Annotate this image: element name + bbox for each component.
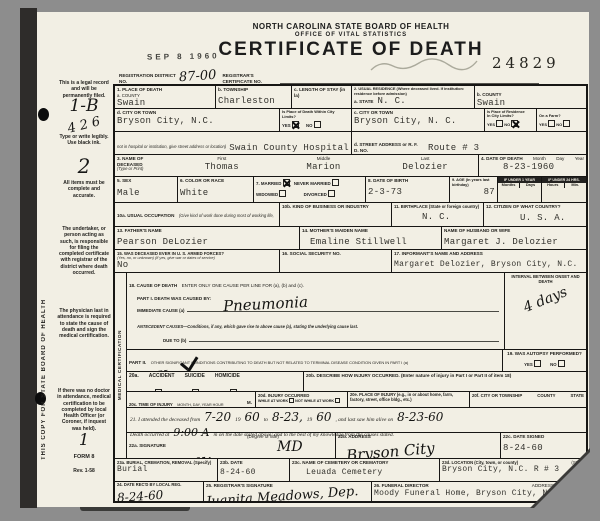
death-certificate-scan: This is a legal record and will be perma… bbox=[37, 12, 589, 507]
field-injury-city-state: 20f. CITY OR TOWNSHIP COUNTY STATE bbox=[469, 392, 586, 407]
residence-limits-yes-checkbox bbox=[496, 120, 503, 127]
part2-value: 493X bbox=[130, 368, 168, 371]
field-signature: 22a. SIGNATURE (Degree or title) R E Nod… bbox=[127, 433, 335, 458]
middle-name-value: Marion bbox=[273, 162, 375, 172]
homicide-checkbox bbox=[230, 389, 237, 391]
residence-state-value: N. C. bbox=[377, 96, 406, 106]
registrar-certificate-label: REGISTRAR'S CERTIFICATE NO. bbox=[222, 73, 280, 84]
death-city-limits-no-checkbox bbox=[314, 121, 321, 128]
funeral-director-label: 26. FUNERAL DIRECTOR bbox=[374, 483, 429, 489]
checkmark-icon bbox=[179, 355, 199, 371]
time-meridiem-label: M. bbox=[247, 400, 252, 406]
date-signed-label: 22c. DATE SIGNED bbox=[503, 434, 584, 440]
field-death-township: b. TOWNSHIP Charleston bbox=[215, 86, 291, 108]
yes-label: YES bbox=[524, 362, 533, 367]
field-race: 6. COLOR OR RACE White bbox=[177, 177, 253, 202]
place-of-death-block: 1. PLACE OF DEATH a. COUNTY Swain b. TOW… bbox=[115, 86, 351, 154]
month-header: Month bbox=[533, 156, 546, 162]
time-of-injury-sublabel: MONTH, DAY, YEAR HOUR bbox=[177, 403, 223, 407]
last-saw-text: , and last saw him alive on bbox=[335, 417, 393, 423]
row-place-residence: 1. PLACE OF DEATH a. COUNTY Swain b. TOW… bbox=[115, 86, 586, 154]
part2-label: PART II. bbox=[129, 360, 146, 365]
field-autopsy: 19. WAS AUTOPSY PERFORMED? YES NO bbox=[502, 350, 586, 371]
attended-text: 21. I attended the deceased from bbox=[130, 417, 200, 423]
signature-label: 22a. SIGNATURE bbox=[129, 443, 166, 448]
middle-name-cell: Middle Marion bbox=[273, 156, 375, 175]
place-of-injury-label: 20e. PLACE OF INJURY (e.g., in or about … bbox=[350, 393, 467, 403]
no-label: NO bbox=[556, 122, 562, 127]
margin-items-note: All items must be complete and accurate. bbox=[57, 180, 111, 199]
hospital-sublabel: (If not in hospital or institution, give… bbox=[117, 132, 227, 149]
sex-label: 5. SEX bbox=[117, 178, 175, 184]
row-registrar: 24. DATE REC'D BY LOCAL REG. 8-24-60 25.… bbox=[115, 481, 586, 503]
residence-city-value: Bryson City, N. C. bbox=[354, 116, 482, 126]
widowed-label: WIDOWED bbox=[256, 192, 278, 197]
margin-vertical-copy-note: THIS COPY FOR STATE BOARD OF HEALTH bbox=[41, 200, 47, 460]
name-columns: First Thomas Middle Marion Last Delozier bbox=[169, 155, 478, 176]
immediate-cause-value: Pneumonia bbox=[223, 292, 309, 314]
last-name-cell: Last Delozier bbox=[374, 156, 476, 175]
residence-state-label: a. STATE bbox=[354, 99, 373, 105]
date-of-birth-value: 2-3-73 bbox=[368, 187, 447, 197]
org-name: NORTH CAROLINA STATE BOARD OF HEALTH bbox=[115, 22, 587, 31]
accident-label: ACCIDENT bbox=[149, 373, 175, 379]
time-of-injury-label: 20c. TIME OF INJURY bbox=[129, 402, 173, 407]
days-header: Days bbox=[520, 183, 541, 188]
year-header: Year bbox=[575, 156, 584, 162]
date-of-birth-label: 8. DATE OF BIRTH bbox=[368, 178, 447, 184]
age-label: 9. AGE (In years last birthday) bbox=[452, 178, 495, 187]
divorced-label: DIVORCED bbox=[304, 192, 327, 197]
last-saw-date: 8-23-60 bbox=[397, 410, 443, 424]
margin-physician-note: The physician last in attendance is requ… bbox=[57, 308, 111, 339]
row-parents: 13. FATHER'S NAME Pearson DeLozier 14. M… bbox=[115, 226, 586, 249]
field-registrar-signature: 25. REGISTRAR'S SIGNATURE Juanita Meadow… bbox=[203, 482, 371, 503]
never-married-checkbox bbox=[332, 179, 339, 186]
business-label: 10b. KIND OF BUSINESS OR INDUSTRY bbox=[282, 204, 389, 210]
immediate-cause-label: IMMEDIATE CAUSE (a) bbox=[137, 308, 184, 313]
autopsy-yes-checkbox bbox=[534, 360, 541, 367]
field-burial: 23a. BURIAL, CREMATION, REMOVAL (Specify… bbox=[115, 459, 217, 481]
father-label: 13. FATHER'S NAME bbox=[117, 228, 297, 234]
field-residence-farm: On a Farm? YES NO bbox=[536, 109, 586, 131]
street-address-value: Route # 3 bbox=[428, 143, 479, 153]
field-describe-injury: 20b. DESCRIBE HOW INJURY OCCURRED. (Ente… bbox=[303, 372, 586, 391]
pencil-scribble-icon bbox=[367, 58, 497, 76]
row-demographics: 5. SEX Male 6. COLOR OR RACE White 7. MA… bbox=[115, 176, 586, 202]
death-city-limits-yes-checkbox bbox=[292, 121, 299, 128]
date-of-death-value: 8-23-1960 bbox=[503, 162, 584, 172]
not-while-at-work-checkbox bbox=[335, 398, 340, 403]
place-row-2: d. CITY OR TOWN Bryson City, N.C. Is Pla… bbox=[115, 108, 351, 131]
yes-label: YES bbox=[539, 122, 547, 127]
interval-column: INTERVAL BETWEEN ONSET AND DEATH 4 days bbox=[504, 273, 586, 349]
death-township-value: Charleston bbox=[218, 96, 289, 106]
death-city-limits-label: Is Place of Death Within City Limits? bbox=[282, 110, 349, 119]
antecedent-causes-label: ANTECEDENT CAUSES—Conditions, if any, wh… bbox=[137, 325, 502, 330]
margin-revision: Rev. 1-58 bbox=[57, 468, 111, 474]
residence-row-1: 2. USUAL RESIDENCE (Where deceased lived… bbox=[352, 86, 586, 108]
field-signer-address: 22b. ADDRESS Bryson City bbox=[335, 433, 500, 458]
printed-19: 19 bbox=[307, 417, 312, 423]
field-death-county: 1. PLACE OF DEATH a. COUNTY Swain bbox=[115, 86, 215, 108]
married-checkbox bbox=[283, 179, 290, 186]
suicide-checkbox bbox=[192, 389, 199, 391]
field-date-received: 24. DATE REC'D BY LOCAL REG. 8-24-60 bbox=[115, 482, 203, 503]
spouse-label: NAME OF HUSBAND OR WIFE bbox=[444, 228, 584, 234]
citizen-value: U. S. A. bbox=[520, 213, 584, 223]
field-death-city-limits: Is Place of Death Within City Limits? YE… bbox=[279, 109, 351, 131]
occupation-label: 10a. USUAL OCCUPATION bbox=[117, 213, 174, 218]
field-street-address: d. STREET ADDRESS or R. F. D. NO. Route … bbox=[352, 132, 586, 154]
row-forces-informant: 15. WAS DECEASED EVER IN U. S. ARMED FOR… bbox=[115, 249, 586, 272]
field-father: 13. FATHER'S NAME Pearson DeLozier bbox=[115, 227, 299, 249]
married-label: 7. MARRIED bbox=[256, 181, 281, 186]
date-of-death-label: 4. DATE OF DEATH bbox=[481, 156, 523, 162]
margin-handwriting-2: 2 bbox=[61, 154, 107, 178]
field-under-one-year: IF UNDER 1 YEAR Months Days bbox=[497, 177, 541, 202]
spouse-value: Margaret J. Delozier bbox=[444, 237, 584, 247]
margin-undertaker-note: The undertaker, or person acting as such… bbox=[57, 226, 111, 276]
widowed-checkbox bbox=[279, 190, 286, 197]
row-name: 3. NAME OF DECEASED (Type or Print) Firs… bbox=[115, 154, 586, 176]
field-burial-date: 23b. DATE 8-24-60 bbox=[217, 459, 289, 481]
margin-no-doctor-note: If there was no doctor in attendance, me… bbox=[57, 388, 111, 432]
race-label: 6. COLOR OR RACE bbox=[180, 178, 251, 184]
attended-to-value: 8-23, bbox=[272, 410, 303, 424]
injury-state-label: STATE bbox=[571, 393, 584, 398]
no-label: NO bbox=[504, 122, 510, 127]
divorced-checkbox bbox=[328, 190, 335, 197]
day-header: Day bbox=[556, 156, 564, 162]
field-residence-state: 2. USUAL RESIDENCE (Where deceased lived… bbox=[352, 86, 474, 108]
length-of-stay-label: c. LENGTH OF STAY (in la) bbox=[294, 87, 349, 98]
field-time-of-injury: 20c. TIME OF INJURY MONTH, DAY, YEAR HOU… bbox=[127, 392, 255, 407]
field-accident-suicide-homicide: 20a. ACCIDENT SUICIDE HOMICIDE bbox=[127, 372, 303, 391]
field-armed-forces: 15. WAS DECEASED EVER IN U. S. ARMED FOR… bbox=[115, 250, 279, 272]
degree-value: MD bbox=[277, 439, 303, 455]
signature-row: 22a. SIGNATURE (Degree or title) R E Nod… bbox=[127, 432, 586, 458]
accident-checkbox bbox=[155, 389, 162, 391]
autopsy-label: 19. WAS AUTOPSY PERFORMED? bbox=[505, 351, 584, 357]
mother-label: 14. MOTHER'S MAIDEN NAME bbox=[302, 228, 439, 234]
cause-of-death-instructions: ENTER ONLY ONE CAUSE PER LINE FOR (a), (… bbox=[182, 283, 304, 288]
field-marital-status: 7. MARRIED NEVER MARRIED WIDOWED DIVORCE… bbox=[253, 177, 365, 202]
field-residence-city-limits: Is Place of Residence In City Limits? YE… bbox=[484, 109, 536, 131]
field-residence-city: c. CITY OR TOWN Bryson City, N. C. bbox=[352, 109, 484, 131]
field-sex: 5. SEX Male bbox=[115, 177, 177, 202]
suicide-label: SUICIDE bbox=[185, 373, 205, 379]
part2-row: PART II. OTHER SIGNIFICANT CONDITIONS CO… bbox=[127, 349, 586, 371]
birthplace-label: 11. BIRTHPLACE (State or foreign country… bbox=[394, 204, 481, 209]
sex-value: Male bbox=[117, 188, 175, 198]
received-date-stamp: SEP 8 1960 bbox=[147, 51, 220, 61]
due-to-b-label: DUE TO (b) bbox=[163, 338, 186, 343]
minutes-header: Min. bbox=[565, 183, 587, 188]
first-name-value: Thomas bbox=[171, 162, 273, 172]
burial-date-value: 8-24-60 bbox=[220, 468, 287, 477]
field-mother: 14. MOTHER'S MAIDEN NAME Emaline Stillwe… bbox=[299, 227, 441, 249]
hours-header: Hours bbox=[542, 183, 565, 188]
armed-forces-value: No bbox=[117, 260, 277, 270]
never-married-label: NEVER MARRIED bbox=[294, 181, 331, 186]
death-county-value: Swain bbox=[117, 98, 213, 108]
punch-hole bbox=[38, 108, 49, 121]
office-name: OFFICE OF VITAL STATISTICS bbox=[115, 32, 587, 38]
cemetery-label: 23c. NAME OF CEMETERY OR CREMATORY bbox=[292, 460, 437, 466]
scan-edge-strip bbox=[20, 8, 37, 508]
first-name-cell: First Thomas bbox=[171, 156, 273, 175]
attended-from-year: 60 bbox=[245, 410, 260, 424]
mother-value: Emaline Stillwell bbox=[310, 237, 439, 247]
no-label: NO bbox=[306, 123, 312, 128]
usual-residence-block: 2. USUAL RESIDENCE (Where deceased lived… bbox=[351, 86, 586, 154]
registration-district-value: 87-00 bbox=[179, 68, 217, 86]
place-row-3: e. FULL NAME OF HOSPITAL OR INSTITUTION … bbox=[115, 131, 351, 154]
medical-certification-vertical-label: MEDICAL CERTIFICATION bbox=[118, 330, 123, 400]
field-death-city: d. CITY OR TOWN Bryson City, N.C. bbox=[115, 109, 279, 131]
field-date-of-birth: 8. DATE OF BIRTH 2-3-73 bbox=[365, 177, 449, 202]
describe-injury-label: 20b. DESCRIBE HOW INJURY OCCURRED. (Ente… bbox=[306, 373, 584, 379]
accident-row: 20a. ACCIDENT SUICIDE HOMICIDE 20b. DESC bbox=[127, 371, 586, 391]
birthplace-value: N. C. bbox=[422, 212, 481, 222]
burial-value: Burial bbox=[117, 465, 215, 474]
last-name-value: Delozier bbox=[374, 162, 476, 172]
field-informant: 17. INFORMANT'S NAME AND ADDRESS Margare… bbox=[391, 250, 586, 272]
field-under-24-hours: IF UNDER 24 HRS. Hours Min. bbox=[541, 177, 586, 202]
field-hospital: e. FULL NAME OF HOSPITAL OR INSTITUTION … bbox=[115, 132, 351, 154]
attended-to-year: 60 bbox=[316, 410, 331, 424]
immediate-cause-line: Pneumonia bbox=[187, 311, 499, 312]
field-occupation: 10a. USUAL OCCUPATION (Give kind of work… bbox=[115, 203, 279, 226]
cause-of-death-block: 18. CAUSE OF DEATH ENTER ONLY ONE CAUSE … bbox=[127, 273, 586, 349]
interval-value: 4 days bbox=[507, 278, 584, 322]
field-name-of-deceased: 3. NAME OF DECEASED (Type or Print) bbox=[115, 155, 169, 176]
certificate-form: 1. PLACE OF DEATH a. COUNTY Swain b. TOW… bbox=[113, 84, 588, 503]
age-value: 87 bbox=[452, 187, 495, 197]
medical-vertical-strip: MEDICAL CERTIFICATION bbox=[115, 273, 126, 458]
accident-prefix: 20a. bbox=[129, 373, 139, 379]
attended-row: 21. I attended the deceased from 7-20 19… bbox=[127, 407, 586, 432]
field-age: 9. AGE (In years last birthday) 87 bbox=[449, 177, 497, 202]
hospital-value: Swain County Hospital bbox=[229, 143, 349, 153]
corner-cut bbox=[534, 452, 590, 508]
while-at-work-label: WHILE AT WORK bbox=[258, 399, 288, 403]
field-birthplace: 11. BIRTHPLACE (State or foreign country… bbox=[391, 203, 483, 226]
place-row-1: 1. PLACE OF DEATH a. COUNTY Swain b. TOW… bbox=[115, 86, 351, 108]
registrar-certificate-blank bbox=[280, 75, 539, 84]
not-while-at-work-label: NOT WHILE AT WORK bbox=[295, 399, 334, 403]
residence-row-3: d. STREET ADDRESS or R. F. D. NO. Route … bbox=[352, 131, 586, 154]
citizen-label: 12. CITIZEN OF WHAT COUNTRY? bbox=[486, 204, 584, 210]
father-value: Pearson DeLozier bbox=[117, 237, 297, 247]
yes-label: YES bbox=[487, 122, 495, 127]
field-citizen: 12. CITIZEN OF WHAT COUNTRY? U. S. A. bbox=[483, 203, 586, 226]
registration-district-label: REGISTRATION DISTRICT NO. bbox=[119, 73, 177, 84]
medical-main: 18. CAUSE OF DEATH ENTER ONLY ONE CAUSE … bbox=[126, 273, 586, 458]
field-date-of-death: 4. DATE OF DEATH Month Day Year 8-23-196… bbox=[478, 155, 586, 176]
due-to-b-line bbox=[189, 341, 499, 342]
degree-label: (Degree or title) bbox=[247, 434, 279, 440]
informant-label: 17. INFORMANT'S NAME AND ADDRESS bbox=[394, 251, 584, 257]
part2-cell: PART II. OTHER SIGNIFICANT CONDITIONS CO… bbox=[127, 350, 502, 371]
months-header: Months bbox=[498, 183, 520, 188]
field-injury-occurred: 20d. INJURY OCCURRED WHILE AT WORK NOT W… bbox=[255, 392, 347, 407]
margin-type-note: Type or write legibly. Use black ink. bbox=[57, 134, 111, 147]
farm-no-checkbox bbox=[563, 120, 570, 127]
medical-certification-section: MEDICAL CERTIFICATION 18. CAUSE OF DEATH… bbox=[115, 272, 586, 458]
field-spouse: NAME OF HUSBAND OR WIFE Margaret J. Delo… bbox=[441, 227, 586, 249]
cause-of-death-main: 18. CAUSE OF DEATH ENTER ONLY ONE CAUSE … bbox=[127, 273, 504, 349]
death-city-value: Bryson City, N.C. bbox=[117, 116, 277, 126]
yes-label: YES bbox=[282, 123, 291, 128]
informant-value: Margaret Delozier, Bryson City, N.C. bbox=[394, 260, 584, 269]
autopsy-no-checkbox bbox=[558, 360, 565, 367]
printed-19: 19 bbox=[235, 417, 240, 423]
row-disposition: 23a. BURIAL, CREMATION, REMOVAL (Specify… bbox=[115, 458, 586, 481]
residence-row-2: c. CITY OR TOWN Bryson City, N. C. Is Pl… bbox=[352, 108, 586, 131]
to-word: to bbox=[264, 417, 268, 423]
margin-handwriting-1: 1 bbox=[61, 430, 107, 449]
farm-yes-checkbox bbox=[548, 120, 555, 127]
margin-form-number: FORM 8 bbox=[57, 454, 111, 461]
field-place-of-injury: 20e. PLACE OF INJURY (e.g., in or about … bbox=[347, 392, 469, 407]
burial-date-label: 23b. DATE bbox=[220, 460, 287, 466]
field-residence-county: b. COUNTY Swain bbox=[474, 86, 586, 108]
field-cemetery: 23c. NAME OF CEMETERY OR CREMATORY Leuad… bbox=[289, 459, 439, 481]
row-occupation: 10a. USUAL OCCUPATION (Give kind of work… bbox=[115, 202, 586, 226]
field-business: 10b. KIND OF BUSINESS OR INDUSTRY bbox=[279, 203, 391, 226]
injury-county-label: COUNTY bbox=[537, 393, 555, 398]
cemetery-value: Leuada Cemetery bbox=[306, 468, 437, 477]
field-ssn: 16. SOCIAL SECURITY NO. bbox=[279, 250, 391, 272]
cause-of-death-label: 18. CAUSE OF DEATH bbox=[129, 283, 177, 288]
field-length-of-stay: c. LENGTH OF STAY (in la) bbox=[291, 86, 351, 108]
part1-label: PART I. DEATH WAS CAUSED BY: bbox=[137, 296, 502, 302]
no-label: NO bbox=[550, 362, 556, 367]
while-at-work-checkbox bbox=[289, 398, 294, 403]
injury-detail-row: 20c. TIME OF INJURY MONTH, DAY, YEAR HOU… bbox=[127, 391, 586, 407]
residence-limits-label: In City Limits? bbox=[487, 114, 534, 119]
race-value: White bbox=[180, 188, 251, 198]
street-address-label: d. STREET ADDRESS or R. F. D. NO. bbox=[354, 142, 420, 153]
residence-section-label: 2. USUAL RESIDENCE (Where deceased lived… bbox=[354, 87, 472, 96]
residence-county-value: Swain bbox=[477, 98, 584, 108]
death-township-label: b. TOWNSHIP bbox=[218, 87, 289, 93]
farm-label: On a Farm? bbox=[539, 114, 584, 119]
attended-from-value: 7-20 bbox=[204, 410, 231, 424]
name-sublabel: (Type or Print) bbox=[117, 167, 167, 172]
residence-limits-no-checkbox bbox=[511, 120, 518, 127]
homicide-label: HOMICIDE bbox=[215, 373, 240, 379]
ssn-label: 16. SOCIAL SECURITY NO. bbox=[282, 251, 389, 257]
injury-city-label: 20f. CITY OR TOWNSHIP bbox=[472, 393, 522, 398]
